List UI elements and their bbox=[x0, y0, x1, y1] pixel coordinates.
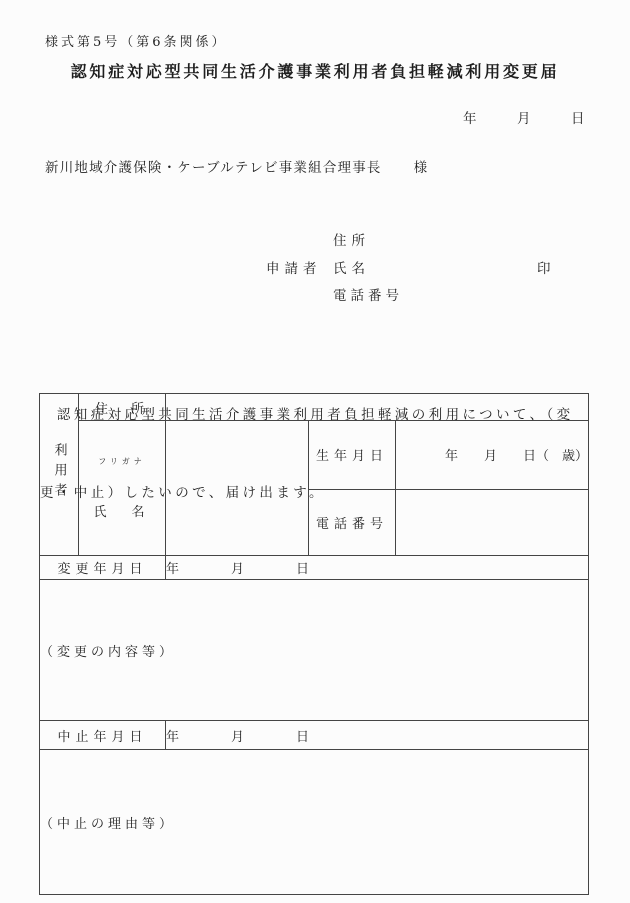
name-label: 氏 名 bbox=[79, 497, 165, 525]
submission-date-line: 年 月 日 bbox=[463, 107, 585, 127]
addressee-name: 新川地域介護保険・ケーブルテレビ事業組合理事長 bbox=[45, 160, 382, 176]
cancel-reason-box: （中止の理由等） bbox=[40, 750, 589, 895]
cancel-date-value-cell: 年 月 日 bbox=[166, 721, 589, 750]
user-section-header: 利用者 bbox=[40, 394, 79, 556]
birthdate-label-cell: 生年月日 bbox=[309, 421, 396, 490]
change-date-label-cell: 変更年月日 bbox=[40, 556, 166, 580]
cancel-date-label-cell: 中止年月日 bbox=[40, 721, 166, 750]
address-label-cell: 住 所 bbox=[79, 394, 166, 421]
document-title: 認知症対応型共同生活介護事業利用者負担軽減利用変更届 bbox=[0, 59, 630, 82]
name-label-cell: フリガナ 氏 名 bbox=[79, 421, 166, 556]
phone-label-cell: 電話番号 bbox=[309, 489, 396, 555]
form-number: 様式第5号（第6条関係） bbox=[45, 31, 228, 50]
applicant-name-label: 氏名 bbox=[333, 257, 370, 277]
phone-value-cell bbox=[396, 489, 589, 555]
addressee-line: 新川地域介護保険・ケーブルテレビ事業組合理事長様 bbox=[45, 156, 427, 176]
name-value-cell bbox=[166, 421, 309, 556]
seal-mark: 印 bbox=[537, 257, 551, 277]
birthdate-value-cell: 年 月 日（ 歳） bbox=[396, 421, 589, 490]
applicant-address-label: 住所 bbox=[333, 229, 370, 249]
user-label: 利用者 bbox=[50, 443, 69, 503]
address-value-cell bbox=[166, 394, 589, 421]
furigana-label: フリガナ bbox=[79, 451, 165, 467]
applicant-phone-label: 電話番号 bbox=[333, 284, 403, 304]
change-content-box: （変更の内容等） bbox=[40, 580, 589, 721]
addressee-honorific: 様 bbox=[414, 160, 428, 176]
application-form-table: 利用者 住 所 フリガナ 氏 名 生年月日 年 月 日（ 歳） 電話番号 変更年… bbox=[39, 393, 589, 895]
change-date-value-cell: 年 月 日 bbox=[166, 556, 589, 580]
document-page: 様式第5号（第6条関係） 認知症対応型共同生活介護事業利用者負担軽減利用変更届 … bbox=[0, 0, 630, 903]
applicant-label: 申請者 bbox=[266, 257, 322, 277]
